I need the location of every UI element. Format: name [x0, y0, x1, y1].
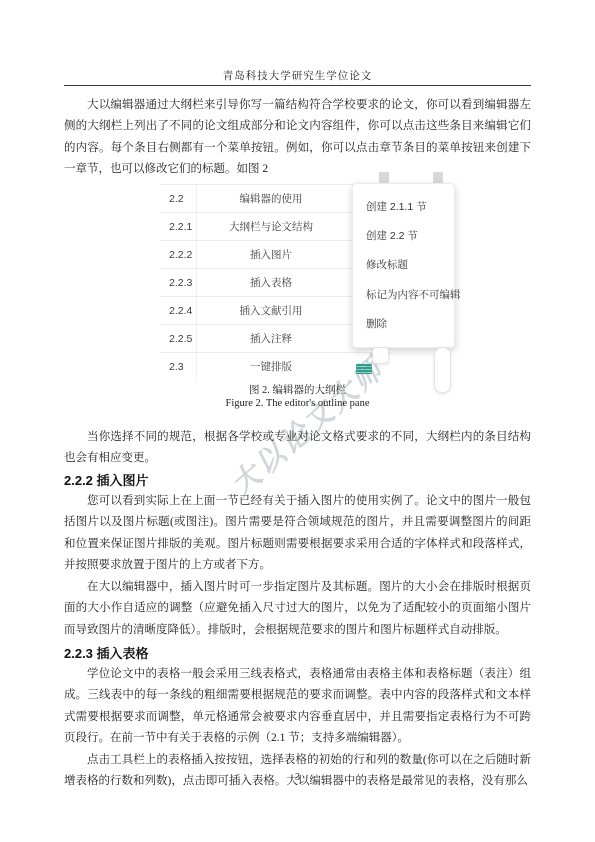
outline-number: 2.2.2: [160, 241, 197, 269]
menu-item-delete[interactable]: 删除: [353, 317, 454, 331]
outline-row-2-2[interactable]: 2.2 编辑器的使用: [160, 184, 390, 213]
outline-number: 2.2.1: [160, 213, 197, 241]
page-header-title: 青岛科技大学研究生学位论文: [0, 68, 595, 83]
menu-item-rename-title[interactable]: 修改标题: [353, 258, 454, 272]
outline-title: 插入表格: [197, 269, 345, 297]
outline-title: 插入图片: [197, 241, 345, 269]
figure-caption-en: Figure 2. The editor's outline pane: [0, 398, 595, 409]
outline-row-2-2-3[interactable]: 2.2.3 插入表格: [160, 268, 390, 297]
outline-row-2-2-4[interactable]: 2.2.4 插入文献引用: [160, 296, 390, 325]
outline-title: 插入注释: [197, 325, 345, 353]
context-menu: 创建 2.1.1 节 创建 2.2 节 修改标题 标记为内容不可编辑 删除: [352, 183, 455, 348]
outline-title: 插入文献引用: [197, 297, 345, 325]
outline-number: 2.2.4: [160, 297, 197, 325]
outline-title: 一键排版: [197, 353, 345, 381]
header-divider: [64, 85, 531, 86]
outline-row-2-2-1[interactable]: 2.2.1 大纲栏与论文结构: [160, 212, 390, 241]
document-page: 青岛科技大学研究生学位论文 大以论文大师 大以编辑器通过大纲栏来引导你写一篇结构…: [0, 0, 595, 842]
outline-row-2-2-5[interactable]: 2.2.5 插入注释: [160, 324, 390, 353]
body-paragraph: 在大以编辑器中，插入图片时可一步指定图片及其标题。图片的大小会在排版时根据页面的…: [64, 577, 531, 641]
outline-number: 2.2.5: [160, 325, 197, 353]
outline-title: 大纲栏与论文结构: [197, 213, 345, 241]
section-heading-insert-table: 2.2.3 插入表格: [64, 643, 531, 662]
list-icon[interactable]: [356, 364, 372, 374]
outline-row-2-3[interactable]: 2.3 一键排版: [160, 352, 390, 381]
outline-row-2-2-2[interactable]: 2.2.2 插入图片: [160, 240, 390, 269]
outline-number: 2.2: [160, 185, 197, 213]
menu-item-create-section[interactable]: 创建 2.2 节: [353, 229, 454, 243]
body-paragraph: 您可以看到实际上在上面一节已经有关于插入图片的使用实例了。论文中的图片一般包括图…: [64, 491, 531, 577]
body-paragraph: 学位论文中的表格一般会采用三线表格式，表格通常由表格主体和表格标题（表注）组成。…: [64, 664, 531, 750]
outline-title: 编辑器的使用: [197, 185, 345, 213]
body-paragraph: 大以编辑器通过大纲栏来引导你写一篇结构符合学校要求的论文，你可以看到编辑器左侧的…: [64, 95, 531, 181]
figure-caption-zh: 图 2. 编辑器的大纲栏: [0, 382, 595, 397]
outline-number: 2.2.3: [160, 269, 197, 297]
menu-item-mark-readonly[interactable]: 标记为内容不可编辑: [353, 288, 454, 302]
page-number: 3: [0, 772, 595, 783]
ui-artifact-pill: [372, 347, 389, 364]
outline-number: 2.3: [160, 353, 197, 381]
menu-item-create-subsection[interactable]: 创建 2.1.1 节: [353, 200, 454, 214]
body-paragraph: 当你选择不同的规范，根据各学校或专业对论文格式要求的不同，大纲栏内的条目结构也会…: [64, 427, 531, 470]
section-heading-insert-image: 2.2.2 插入图片: [64, 470, 531, 489]
